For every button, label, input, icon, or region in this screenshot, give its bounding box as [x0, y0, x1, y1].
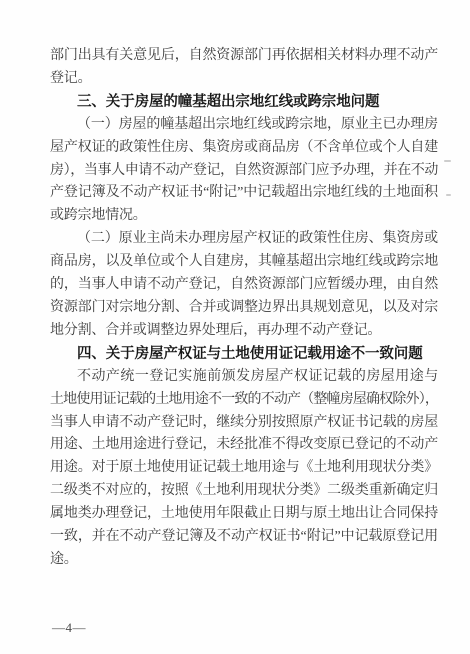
text-line: 商品房，以及单位或个人自建房，其幢基超出宗地红线或跨宗地 — [50, 251, 438, 274]
section-heading: 四、关于房屋产权证与土地使用证记载用途不一致问题 — [50, 343, 438, 366]
text-line: 一致，并在不动产登记簿及不动产权证书“附记”中记载原登记用 — [50, 526, 438, 549]
text-line: 登记。 — [50, 68, 438, 91]
text-line: 当事人申请不动产登记时，继续分别按照原产权证书记载的房屋 — [50, 412, 438, 435]
text-line: 房），当事人申请不动产登记，自然资源部门应予办理，并在不动 — [50, 160, 438, 183]
text-line: 用途、土地用途进行登记，未经批准不得改变原已登记的不动产 — [50, 434, 438, 457]
text-line: 地分割、合并或调整边界处理后，再办理不动产登记。 — [50, 320, 438, 343]
text-line: （二）原业主尚未办理房屋产权证的政策性住房、集资房或 — [50, 228, 438, 251]
text-line: 二级类不对应的，按照《土地利用现状分类》二级类重新确定归 — [50, 480, 438, 503]
text-line: 或跨宗地情况。 — [50, 205, 438, 228]
text-line: （一）房屋的幢基超出宗地红线或跨宗地，原业主已办理房 — [50, 114, 438, 137]
text-line: 的，当事人申请不动产登记，自然资源部门应暂缓办理，由自然 — [50, 274, 438, 297]
text-line: 产登记簿及不动产权证书“附记”中记载超出宗地红线的土地面积 — [50, 182, 438, 205]
text-line: 土地使用证记载的土地用途不一致的不动产（整幢房屋确权除外）， — [50, 389, 438, 412]
text-line: 资源部门对宗地分割、合并或调整边界出具规划意见，以及对宗 — [50, 297, 438, 320]
scan-speck — [444, 160, 451, 162]
text-line: 部门出具有关意见后，自然资源部门再依据相关材料办理不动产 — [50, 45, 438, 68]
page-number: —4— — [52, 620, 86, 636]
text-line: 不动产统一登记实施前颁发房屋产权证记载的房屋用途与 — [50, 366, 438, 389]
text-line: 属地类办理登记，土地使用年限截止日期与原土地出让合同保持 — [50, 503, 438, 526]
document-body: 部门出具有关意见后，自然资源部门再依据相关材料办理不动产登记。三、关于房屋的幢基… — [50, 45, 438, 572]
scan-speck — [446, 194, 451, 196]
section-heading: 三、关于房屋的幢基超出宗地红线或跨宗地问题 — [50, 91, 438, 114]
document-page: 部门出具有关意见后，自然资源部门再依据相关材料办理不动产登记。三、关于房屋的幢基… — [0, 0, 470, 654]
text-line: 途。 — [50, 549, 438, 572]
text-line: 用途。对于原土地使用证记载土地用途与《土地利用现状分类》 — [50, 457, 438, 480]
text-line: 屋产权证的政策性住房、集资房或商品房（不含单位或个人自建 — [50, 137, 438, 160]
